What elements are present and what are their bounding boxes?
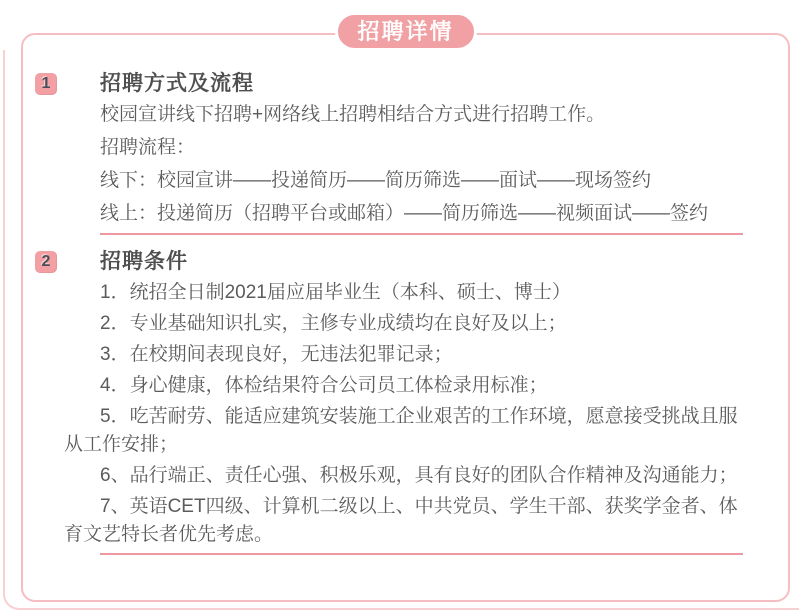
section-1-heading: 招聘方式及流程 bbox=[64, 69, 743, 99]
process-intro-paragraph: 校园宣讲线下招聘+网络线上招聘相结合方式进行招聘工作。 bbox=[64, 101, 743, 129]
condition-item-6: 6、品行端正、责任心强、积极乐观，具有良好的团队合作精神及沟通能力； bbox=[64, 462, 743, 490]
condition-item-7: 7、英语CET四级、计算机二级以上、中共党员、学生干部、获奖学金者、体育文艺特长… bbox=[64, 493, 743, 549]
condition-item-2: 2．专业基础知识扎实，主修专业成绩均在良好及以上； bbox=[64, 310, 743, 338]
process-flow-label: 招聘流程： bbox=[64, 134, 743, 162]
process-online-flow: 线上：投递简历（招聘平台或邮箱）——简历筛选——视频面试——签约 bbox=[64, 200, 743, 228]
process-offline-flow: 线下：校园宣讲——投递简历——简历筛选——面试——现场签约 bbox=[64, 167, 743, 195]
title-badge: 招聘详情 bbox=[334, 12, 476, 51]
condition-item-5: 5．吃苦耐劳、能适应建筑安装施工企业艰苦的工作环境，愿意接受挑战且服从工作安排； bbox=[64, 403, 743, 459]
section-1-number-badge: 1 bbox=[35, 73, 57, 95]
title-badge-label: 招聘详情 bbox=[357, 19, 453, 44]
condition-item-3: 3．在校期间表现良好，无违法犯罪记录； bbox=[64, 341, 743, 369]
recruitment-detail-panel: 招聘详情 1 招聘方式及流程 校园宣讲线下招聘+网络线上招聘相结合方式进行招聘工… bbox=[21, 33, 790, 602]
section-recruit-process: 1 招聘方式及流程 校园宣讲线下招聘+网络线上招聘相结合方式进行招聘工作。 招聘… bbox=[64, 69, 743, 228]
section-2-number-badge: 2 bbox=[35, 251, 57, 273]
bottom-divider bbox=[100, 553, 743, 555]
section-2-heading: 招聘条件 bbox=[64, 247, 743, 277]
condition-item-1: 1．统招全日制2021届应届毕业生（本科、硕士、博士） bbox=[64, 279, 743, 307]
section-divider bbox=[100, 233, 743, 235]
section-recruit-conditions: 2 招聘条件 1．统招全日制2021届应届毕业生（本科、硕士、博士） 2．专业基… bbox=[64, 247, 743, 549]
condition-item-4: 4．身心健康，体检结果符合公司员工体检录用标准； bbox=[64, 372, 743, 400]
